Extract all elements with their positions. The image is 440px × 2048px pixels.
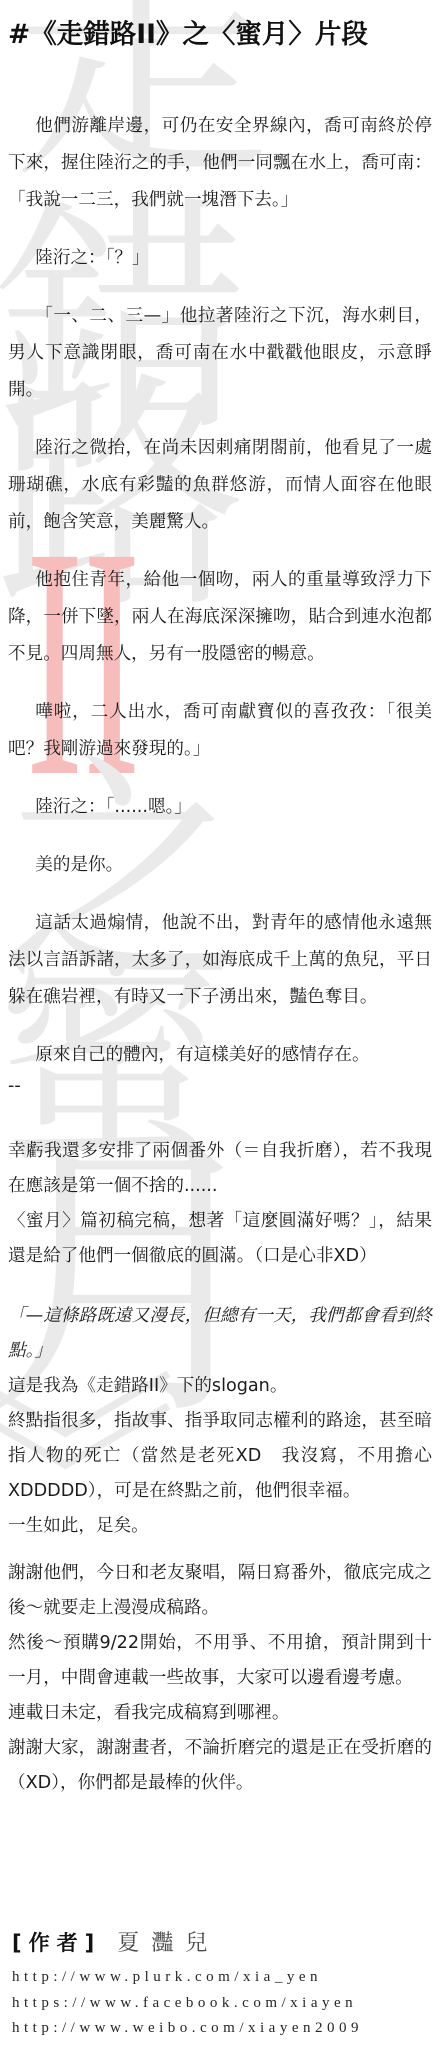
story-paragraph: 嘩啦，二人出水，喬可南獻寶似的喜孜孜：「很美吧？我剛游過來發現的。」 [8,694,432,768]
spacer [8,1544,432,1556]
story-section: 他們游離岸邊，可仍在安全界線內，喬可南終於停下來，握住陸洐之的手，他們一同飄在水… [8,108,432,1095]
note-line: 連載日未定，看我完成稿寫到哪裡。 [8,1696,432,1731]
author-label: [作者] [12,1927,101,1957]
story-paragraph: 「一、二、三—」他拉著陸洐之下沉，海水刺目，男人下意識閉眼，喬可南在水中戳戳他眼… [8,298,432,409]
spacer [8,1274,432,1299]
section-divider: -- [8,1068,21,1105]
note-line: 一生如此，足矣。 [8,1509,432,1544]
author-row: [作者] 夏灩兒 [12,1926,432,1957]
author-links: http://www.plurk.com/xia_yen https://www… [12,1965,432,2042]
author-notes-section: 幸虧我還多安排了兩個番外（＝自我折磨），若不我現在應該是第一個不捨的......… [8,1134,432,1801]
post-page: 走 錯 路 II 之 蜜 月 《 #《走錯路II》之〈蜜月〉片段 他們游離岸邊，… [0,0,440,2048]
story-paragraph: 陸洐之：「？」 [8,240,432,277]
note-line: 終點指很多，指故事、指爭取同志權利的路途，甚至暗指人物的死亡（當然是老死XD 我… [8,1404,432,1509]
story-paragraph: 這話太過煽情，他說不出，對青年的感情他永遠無法以言語訴諸，太多了，如海底成千上萬… [8,905,432,1016]
content-layer: #《走錯路II》之〈蜜月〉片段 他們游離岸邊，可仍在安全界線內，喬可南終於停下來… [0,0,440,2048]
story-paragraph: 美的是你。 [8,847,432,884]
note-line: 謝謝大家，謝謝畫者，不論折磨完的還是正在受折磨的（XD），你們都是最棒的伙伴。 [8,1731,432,1801]
slogan-quote: 「—這條路既遠又漫長，但總有一天，我們都會看到終點。」 [8,1299,432,1369]
footer-link-facebook[interactable]: https://www.facebook.com/xiayen [12,1991,432,2017]
story-paragraph: 他們游離岸邊，可仍在安全界線內，喬可南終於停下來，握住陸洐之的手，他們一同飄在水… [8,108,432,219]
footer-link-plurk[interactable]: http://www.plurk.com/xia_yen [12,1965,432,1991]
author-name: 夏灩兒 [117,1926,219,1957]
story-paragraph: 陸洐之微抬，在尚未因刺痛閉閤前，他看見了一處珊瑚礁，水底有彩豔的魚群悠游，而情人… [8,430,432,541]
note-line: 謝謝他們，今日和老友聚唱，隔日寫番外，徹底完成之後～就要走上漫漫成稿路。 [8,1556,432,1626]
note-line: 幸虧我還多安排了兩個番外（＝自我折磨），若不我現在應該是第一個不捨的...... [8,1134,432,1204]
note-line: 然後～預購9/22開始，不用爭、不用搶，預計開到十一月，中間會連載一些故事，大家… [8,1626,432,1696]
note-line: 這是我為《走錯路II》下的slogan。 [8,1369,432,1404]
note-line: 〈蜜月〉篇初稿完稿，想著「這麼圓滿好嗎？」，結果還是給了他們一個徹底的圓滿。（口… [8,1204,432,1274]
footer-link-weibo[interactable]: http://www.weibo.com/xiayen2009 [12,2016,432,2042]
author-footer: [作者] 夏灩兒 http://www.plurk.com/xia_yen ht… [12,1926,432,2042]
page-title: #《走錯路II》之〈蜜月〉片段 [8,16,432,54]
story-paragraph: 他抱住青年，給他一個吻，兩人的重量導致浮力下降，一併下墜，兩人在海底深深擁吻，貼… [8,562,432,673]
story-paragraph: 陸洐之：「......嗯。」 [8,789,432,826]
story-paragraph: 原來自己的體內，有這樣美好的感情存在。 [8,1037,432,1074]
